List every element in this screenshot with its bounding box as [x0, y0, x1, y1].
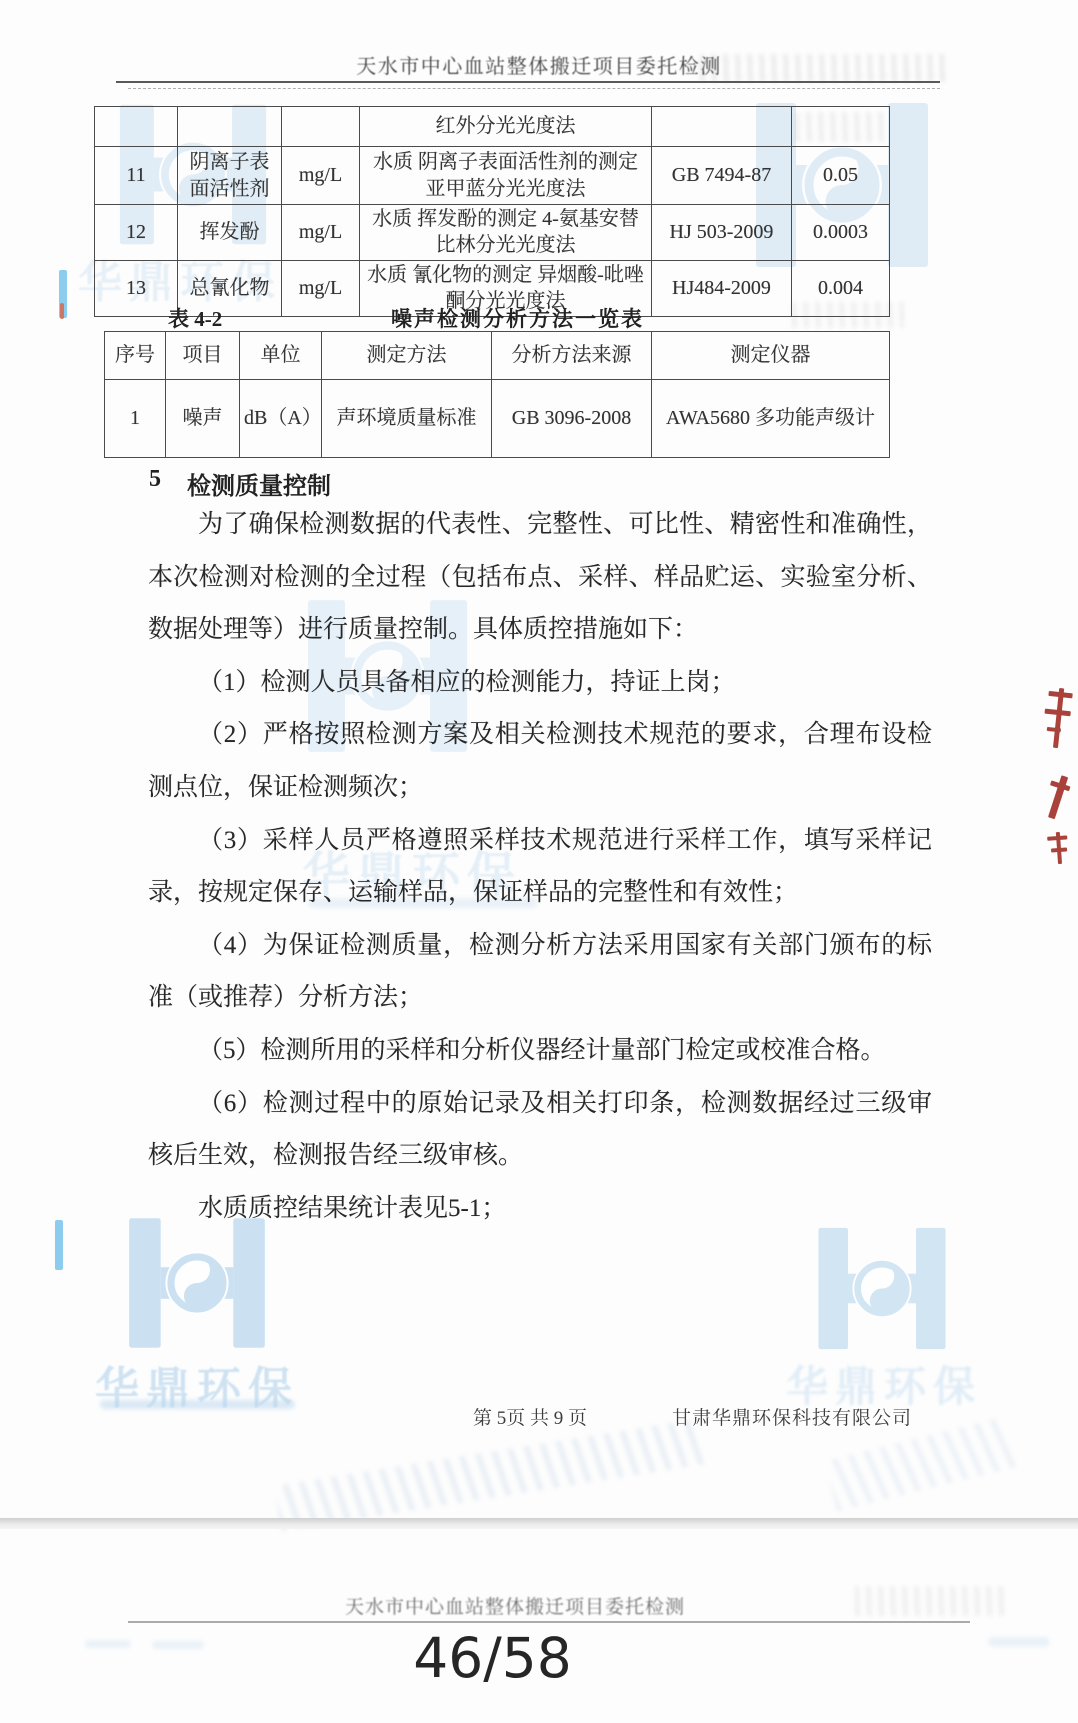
cell-no: 11 — [95, 147, 178, 205]
paragraph: （6）检测过程中的原始记录及相关打印条，检测数据经过三级审核后生效，检测报告经三… — [148, 1078, 932, 1183]
cell-method: 水质 阴离子表面活性剂的测定 亚甲蓝分光光度法 — [360, 147, 652, 205]
cell-no: 1 — [105, 380, 166, 458]
cell-source: GB 7494-87 — [652, 147, 792, 205]
company-footer: 甘肃华鼎环保科技有限公司 — [672, 1403, 912, 1430]
col-header: 项目 — [166, 332, 240, 380]
scan-smudge — [792, 302, 904, 328]
cell-method: 声环境质量标准 — [322, 380, 492, 458]
cell-source: HJ 503-2009 — [652, 205, 792, 261]
cell-item: 噪声 — [166, 380, 240, 458]
cell-method: 水质 挥发酚的测定 4-氨基安替比林分光光度法 — [360, 205, 652, 261]
red-edge-mark — [1039, 773, 1075, 825]
section-body: 为了确保检测数据的代表性、完整性、可比性、精密性和准确性，本次检测对检测的全过程… — [148, 499, 932, 1235]
water-analysis-methods-table: 红外分光光度法 11 阴离子表面活性剂 mg/L 水质 阴离子表面活性剂的测定 … — [94, 106, 890, 317]
table-row: 11 阴离子表面活性剂 mg/L 水质 阴离子表面活性剂的测定 亚甲蓝分光光度法… — [95, 147, 890, 205]
cell-unit: mg/L — [282, 205, 360, 261]
carryover-method-cell: 红外分光光度法 — [360, 107, 652, 147]
col-header: 测定方法 — [322, 332, 492, 380]
cell-limit: 0.0003 — [792, 205, 890, 261]
page-number-footer: 第 5页 共 9 页 — [473, 1403, 587, 1430]
table-header-row: 序号 项目 单位 测定方法 分析方法来源 测定仪器 — [105, 332, 890, 380]
col-header: 单位 — [240, 332, 322, 380]
noise-analysis-methods-table: 序号 项目 单位 测定方法 分析方法来源 测定仪器 1 噪声 dB（A） 声环境… — [104, 331, 890, 458]
section-heading: 5 检测质量控制 — [149, 466, 331, 501]
cell-limit: 0.05 — [792, 147, 890, 205]
col-header: 分析方法来源 — [492, 332, 652, 380]
scan-artifact-bar — [55, 1220, 63, 1270]
cell-instrument: AWA5680 多功能声级计 — [652, 380, 890, 458]
paragraph: 水质质控结果统计表见5-1； — [148, 1183, 932, 1236]
col-header: 序号 — [105, 332, 166, 380]
cell-item: 挥发酚 — [178, 205, 282, 261]
table-row: 1 噪声 dB（A） 声环境质量标准 GB 3096-2008 AWA5680 … — [105, 380, 890, 458]
paragraph: （5）检测所用的采样和分析仪器经计量部门检定或校准合格。 — [148, 1025, 932, 1078]
header-rule-secondary — [128, 88, 940, 89]
scanned-page: 天水市中心血站整体搬迁项目委托检测 红外分光光度法 11 阴离子表面活性剂 mg… — [0, 0, 1078, 1723]
paragraph: （2）严格按照检测方案及相关检测技术规范的要求，合理布设检测点位，保证检测频次； — [148, 709, 932, 814]
paragraph: （1）检测人员具备相应的检测能力，持证上岗； — [148, 657, 932, 710]
scan-smudge — [274, 1419, 706, 1532]
paragraph: 为了确保检测数据的代表性、完整性、可比性、精密性和准确性，本次检测对检测的全过程… — [148, 499, 932, 657]
section-title: 检测质量控制 — [187, 466, 331, 501]
red-edge-mark — [1047, 831, 1071, 866]
table-row: 12 挥发酚 mg/L 水质 挥发酚的测定 4-氨基安替比林分光光度法 HJ 5… — [95, 205, 890, 261]
document-scan-viewer: 华鼎环保 华鼎环保 华鼎环保 华鼎环保 天水市中心血站整体搬迁项目委托检测 红外… — [0, 0, 1078, 1723]
page-break-divider — [0, 1518, 1078, 1529]
paragraph: （3）采样人员严格遵照采样技术规范进行采样工作，填写采样记录，按规定保存、运输样… — [148, 815, 932, 920]
cell-source: GB 3096-2008 — [492, 380, 652, 458]
section-number: 5 — [149, 466, 161, 501]
scan-smudge — [824, 1416, 1016, 1511]
scan-smudge — [855, 1586, 1005, 1616]
col-header: 测定仪器 — [652, 332, 890, 380]
cell-no: 12 — [95, 205, 178, 261]
red-edge-mark — [1041, 687, 1075, 752]
cell-unit: mg/L — [282, 147, 360, 205]
paragraph: （4）为保证检测质量，检测分析方法采用国家有关部门颁布的标准（或推荐）分析方法； — [148, 920, 932, 1025]
scan-smudge — [795, 112, 883, 142]
table-row: 红外分光光度法 — [95, 107, 890, 147]
cell-unit: dB（A） — [240, 380, 322, 458]
scan-artifact-bar — [60, 303, 64, 319]
scan-smudge — [700, 54, 945, 82]
cell-item: 阴离子表面活性剂 — [178, 147, 282, 205]
